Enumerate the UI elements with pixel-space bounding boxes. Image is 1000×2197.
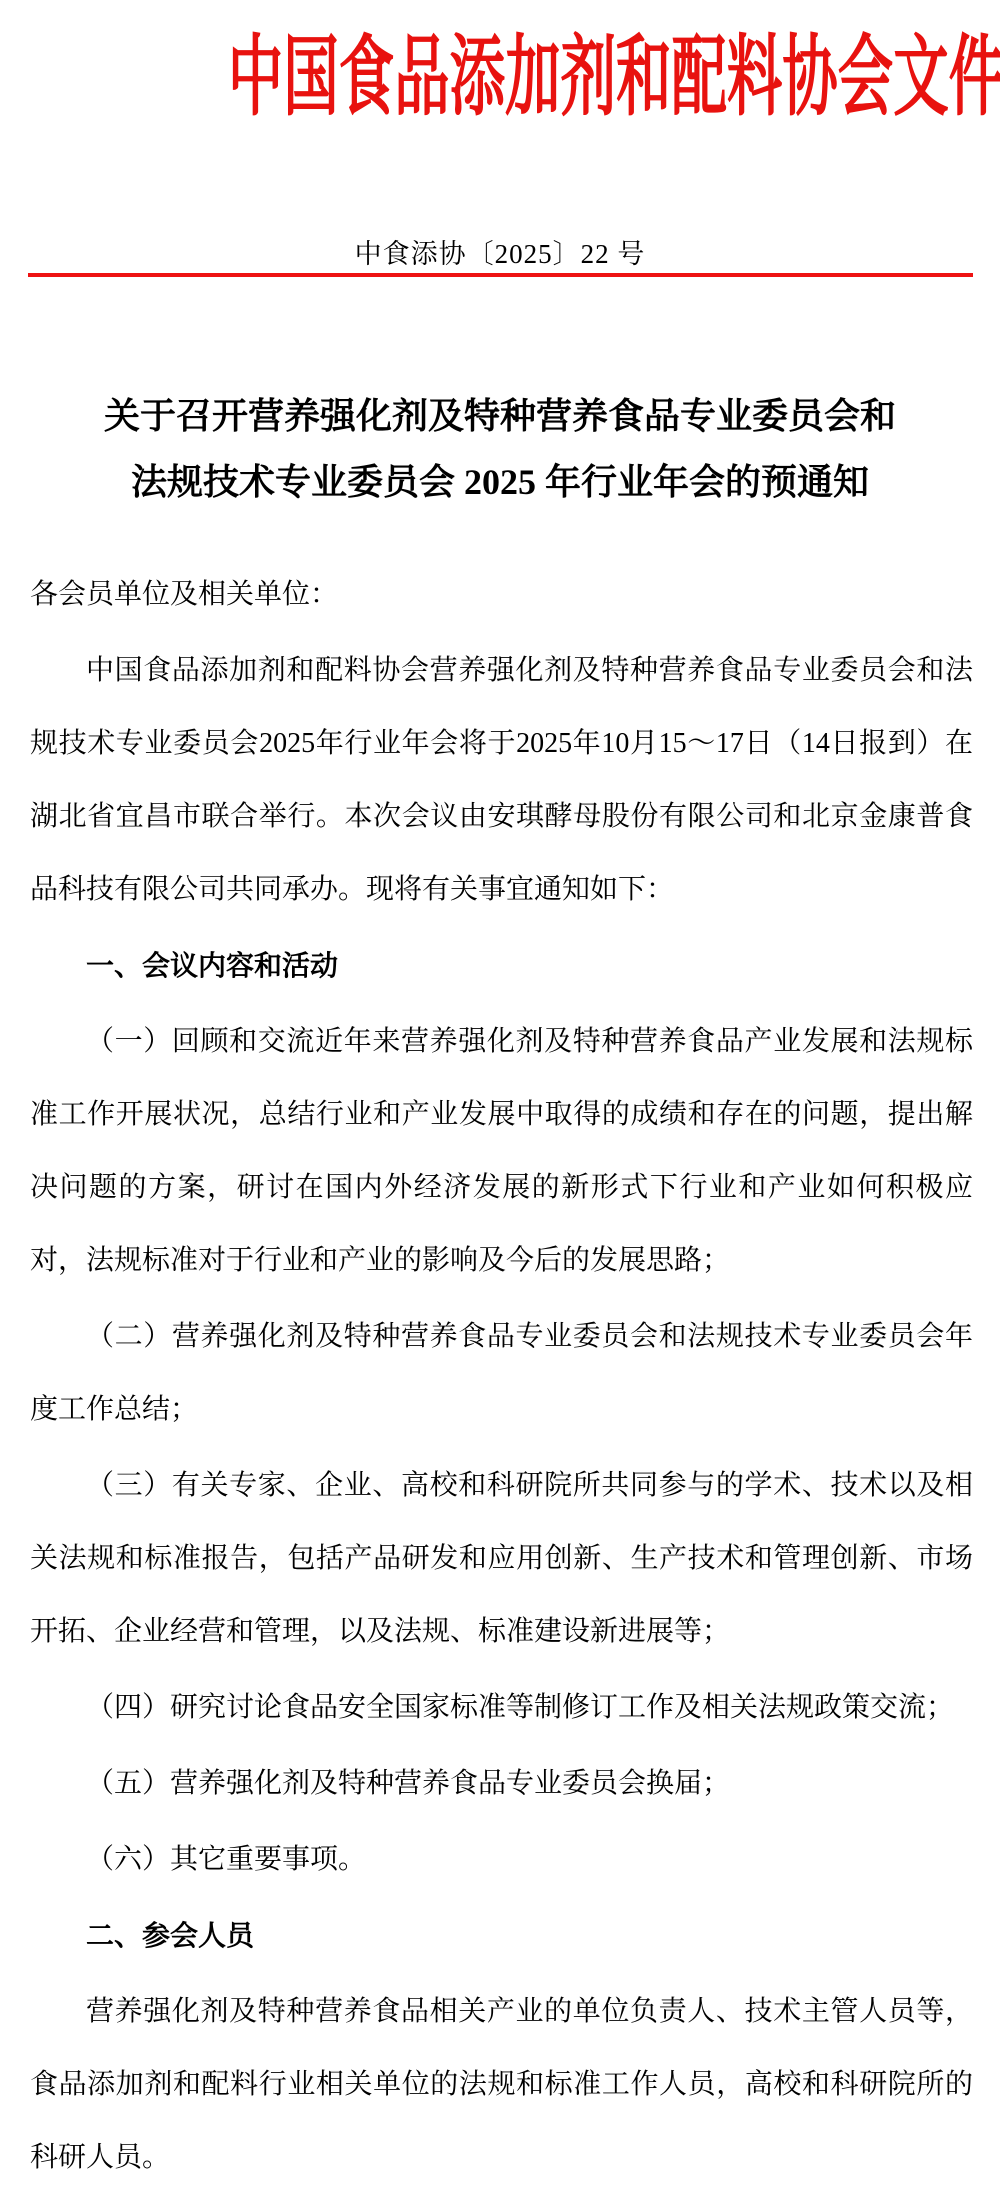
paragraph: 营养强化剂及特种营养食品相关产业的单位负责人、技术主管人员等，食品添加剂和配料行…: [30, 1975, 973, 2194]
paragraph: （二）营养强化剂及特种营养食品专业委员会和法规技术专业委员会年度工作总结；: [30, 1300, 973, 1446]
paragraph: （五）营养强化剂及特种营养食品专业委员会换届；: [30, 1747, 973, 1820]
section-heading: 二、参会人员: [30, 1899, 973, 1972]
document-title: 关于召开营养强化剂及特种营养食品专业委员会和 法规技术专业委员会 2025 年行…: [0, 383, 1000, 515]
org-title: 中国食品添加剂和配料协会文件: [228, 26, 1000, 132]
section-heading: 一、会议内容和活动: [30, 929, 973, 1002]
document-title-line2: 法规技术专业委员会 2025 年行业年会的预通知: [0, 449, 1000, 515]
document-page: 中国食品添加剂和配料协会文件 中食添协〔2025〕22 号 关于召开营养强化剂及…: [0, 0, 1000, 2197]
document-title-line1: 关于召开营养强化剂及特种营养食品专业委员会和: [0, 383, 1000, 449]
paragraph: （六）其它重要事项。: [30, 1823, 973, 1896]
document-body: 各会员单位及相关单位： 中国食品添加剂和配料协会营养强化剂及特种营养食品专业委员…: [30, 558, 973, 2194]
paragraph-list: 中国食品添加剂和配料协会营养强化剂及特种营养食品专业委员会和法规技术专业委员会2…: [30, 634, 973, 2194]
paragraph: （三）有关专家、企业、高校和科研院所共同参与的学术、技术以及相关法规和标准报告，…: [30, 1449, 973, 1668]
paragraph: （一）回顾和交流近年来营养强化剂及特种营养食品产业发展和法规标准工作开展状况，总…: [30, 1005, 973, 1297]
salutation: 各会员单位及相关单位：: [30, 558, 973, 631]
paragraph: 中国食品添加剂和配料协会营养强化剂及特种营养食品专业委员会和法规技术专业委员会2…: [30, 634, 973, 926]
letterhead: 中国食品添加剂和配料协会文件: [0, 0, 1000, 136]
red-divider-line: [28, 273, 973, 277]
paragraph: （四）研究讨论食品安全国家标准等制修订工作及相关法规政策交流；: [30, 1671, 973, 1744]
doc-number: 中食添协〔2025〕22 号: [0, 238, 1000, 270]
